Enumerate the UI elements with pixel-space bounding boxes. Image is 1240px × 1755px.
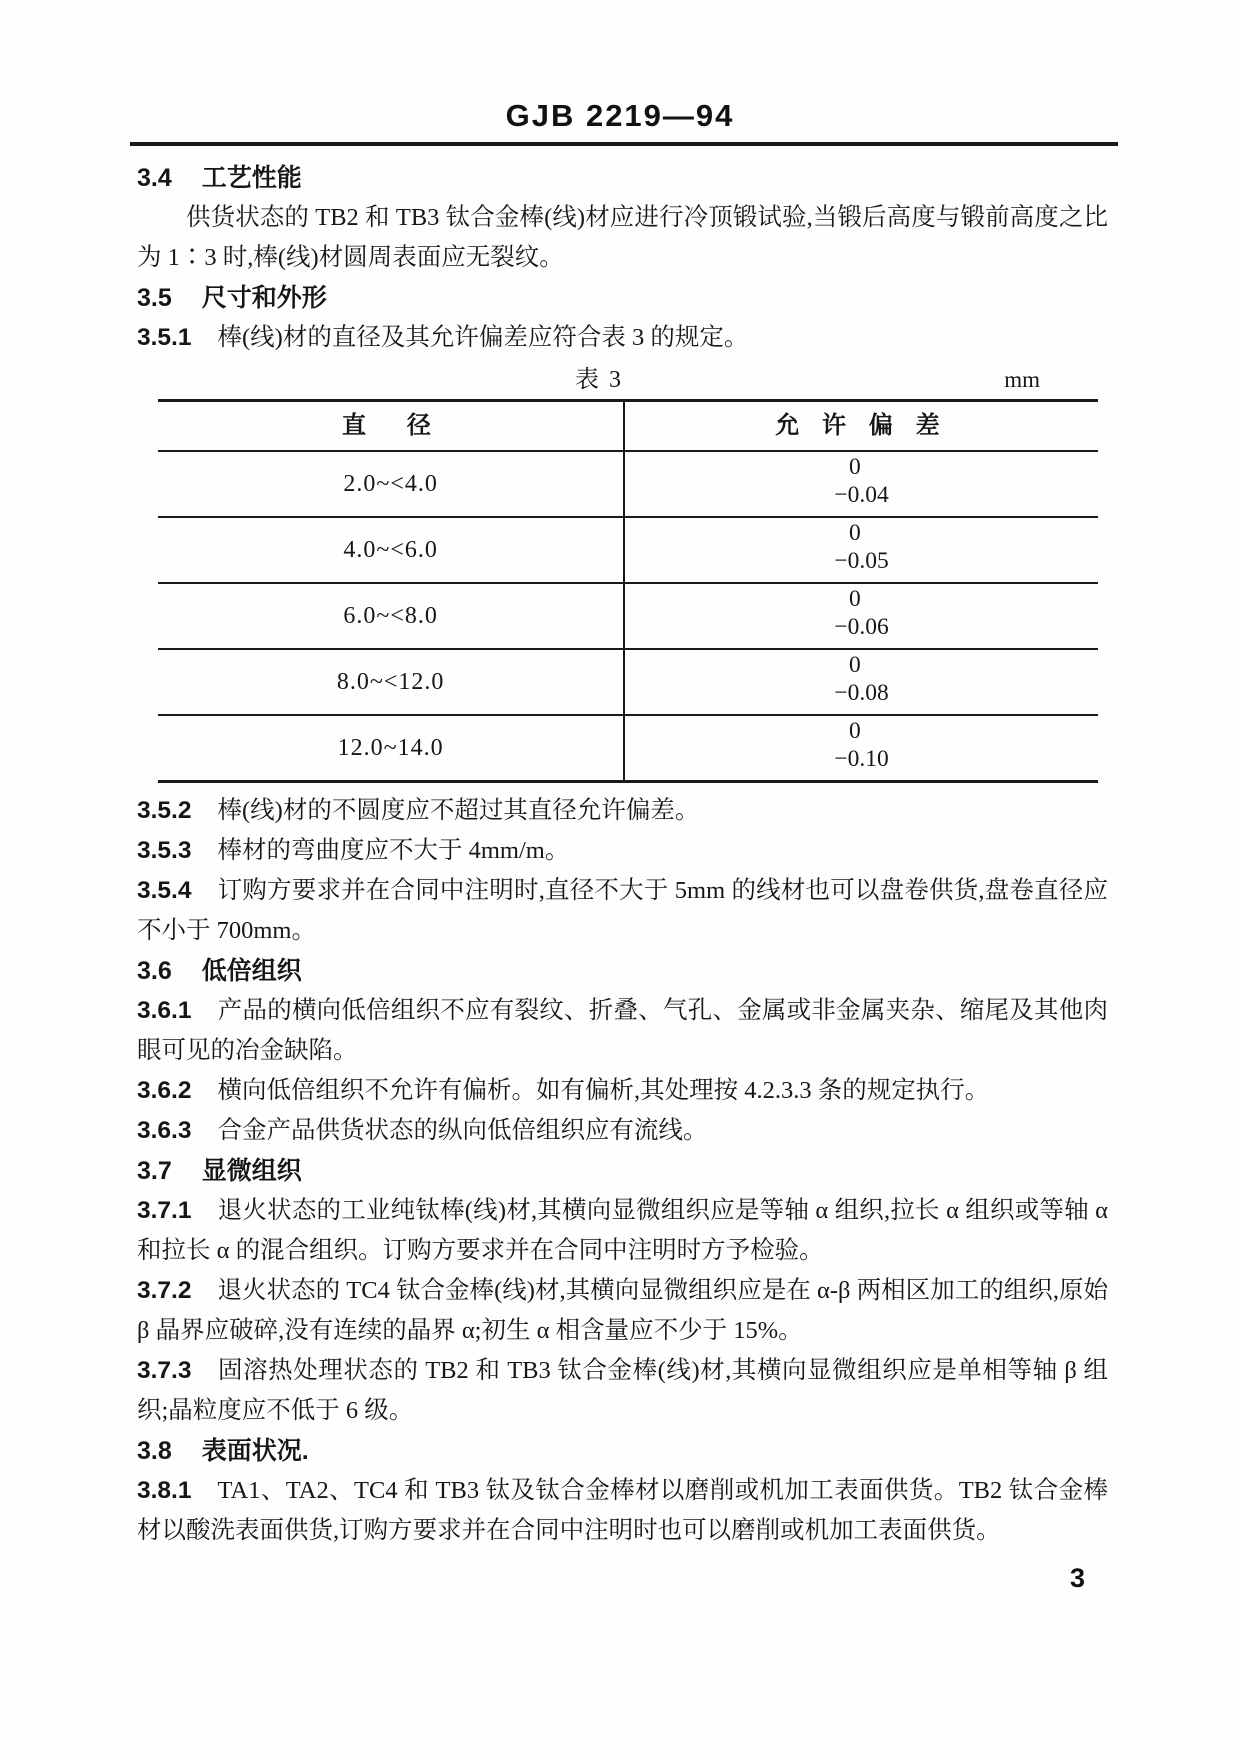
page-footer: 3 [0,1551,1240,1594]
diameter-column-header: 直 径 [158,401,624,451]
caption-unit-zone: mm [623,361,1098,399]
section-number: 3.8 [137,1437,172,1465]
document-body: 3.4工艺性能 供货状态的 TB2 和 TB3 钛合金棒(线)材应进行冷顶锻试验… [0,146,1240,1551]
paragraph-3-4-body: 供货状态的 TB2 和 TB3 钛合金棒(线)材应进行冷顶锻试验,当锻后高度与锻… [137,198,1108,278]
diameter-range: 12.0~14.0 [338,735,444,761]
table-row: 2.0~<4.0 0−0.04 [158,451,1098,517]
clause-3-7-3: 3.7.3固溶热处理状态的 TB2 和 TB3 钛合金棒(线)材,其横向显微组织… [137,1351,1108,1431]
deviation-value: 0−0.10 [834,717,888,773]
clause-number: 3.5.1 [137,324,192,351]
clause-number: 3.7.1 [137,1197,192,1224]
table-header-row: 直 径 允 许 偏 差 [158,401,1098,451]
clause-3-6-2: 3.6.2横向低倍组织不允许有偏析。如有偏析,其处理按 4.2.3.3 条的规定… [137,1071,1108,1111]
section-number: 3.7 [137,1157,172,1185]
clause-text: 产品的横向低倍组织不应有裂纹、折叠、气孔、金属或非金属夹杂、缩尾及其他肉眼可见的… [137,997,1108,1064]
clause-3-7-1: 3.7.1退火状态的工业纯钛棒(线)材,其横向显微组织应是等轴 α 组织,拉长 … [137,1191,1108,1271]
clause-text: TA1、TA2、TC4 和 TB3 钛及钛合金棒材以磨削或机加工表面供货。TB2… [137,1477,1108,1544]
clause-number: 3.6.1 [137,997,192,1024]
clause-text: 固溶热处理状态的 TB2 和 TB3 钛合金棒(线)材,其横向显微组织应是单相等… [137,1357,1108,1424]
deviation-column-header: 允 许 偏 差 [624,401,1098,451]
table-row: 6.0~<8.0 0−0.06 [158,583,1098,649]
section-heading-3-8: 3.8表面状况. [137,1431,1108,1471]
section-heading-3-4: 3.4工艺性能 [137,158,1108,198]
table-3-caption-row: 表 3 mm [158,361,1098,399]
clause-number: 3.7.3 [137,1357,192,1384]
clause-text: 退火状态的 TC4 钛合金棒(线)材,其横向显微组织应是在 α-β 两相区加工的… [137,1277,1108,1344]
deviation-value: 0−0.08 [834,651,888,707]
clause-text: 棒(线)材的直径及其允许偏差应符合表 3 的规定。 [218,324,749,351]
section-heading-3-6: 3.6低倍组织 [137,951,1108,991]
section-heading-3-5: 3.5尺寸和外形 [137,278,1108,318]
deviation-value: 0−0.04 [834,453,888,509]
section-number: 3.5 [137,284,172,312]
diameter-range: 2.0~<4.0 [343,471,438,497]
clause-3-5-3: 3.5.3棒材的弯曲度应不大于 4mm/m。 [137,831,1108,871]
clause-text: 棒材的弯曲度应不大于 4mm/m。 [218,837,570,864]
clause-number: 3.7.2 [137,1277,192,1304]
clause-number: 3.6.3 [137,1117,192,1144]
clause-number: 3.6.2 [137,1077,192,1104]
clause-3-5-4: 3.5.4订购方要求并在合同中注明时,直径不大于 5mm 的线材也可以盘卷供货,… [137,871,1108,951]
clause-number: 3.5.2 [137,797,192,824]
clause-number: 3.8.1 [137,1477,192,1504]
standard-number: GJB 2219—94 [0,98,1240,134]
diameter-range: 4.0~<6.0 [343,537,438,563]
table-unit-label: mm [1004,367,1040,392]
table-row: 8.0~<12.0 0−0.08 [158,649,1098,715]
table-row: 12.0~14.0 0−0.10 [158,715,1098,782]
deviation-value: 0−0.06 [834,585,888,641]
clause-3-5-1: 3.5.1棒(线)材的直径及其允许偏差应符合表 3 的规定。 [137,318,1108,358]
diameter-range: 6.0~<8.0 [343,603,438,629]
clause-3-8-1: 3.8.1TA1、TA2、TC4 和 TB3 钛及钛合金棒材以磨削或机加工表面供… [137,1471,1108,1551]
section-number: 3.4 [137,164,172,192]
section-title: 工艺性能 [202,164,302,192]
clause-text: 退火状态的工业纯钛棒(线)材,其横向显微组织应是等轴 α 组织,拉长 α 组织或… [137,1197,1108,1264]
table-row: 4.0~<6.0 0−0.05 [158,517,1098,583]
clause-number: 3.5.4 [137,877,192,904]
section-title: 显微组织 [202,1157,302,1185]
clause-text: 订购方要求并在合同中注明时,直径不大于 5mm 的线材也可以盘卷供货,盘卷直径应… [137,877,1108,944]
tolerance-table: 直 径 允 许 偏 差 2.0~<4.0 0−0.04 4.0~<6.0 0−0… [158,399,1098,783]
deviation-value: 0−0.05 [834,519,888,575]
clause-3-7-2: 3.7.2退火状态的 TC4 钛合金棒(线)材,其横向显微组织应是在 α-β 两… [137,1271,1108,1351]
section-title: 尺寸和外形 [202,284,327,312]
section-heading-3-7: 3.7显微组织 [137,1151,1108,1191]
table-3: 表 3 mm 直 径 允 许 偏 差 2.0~<4.0 0−0.04 4 [158,361,1098,783]
clause-text: 横向低倍组织不允许有偏析。如有偏析,其处理按 4.2.3.3 条的规定执行。 [218,1077,990,1104]
clause-3-6-3: 3.6.3合金产品供货状态的纵向低倍组织应有流线。 [137,1111,1108,1151]
clause-text: 合金产品供货状态的纵向低倍组织应有流线。 [218,1117,708,1144]
document-header: GJB 2219—94 [0,0,1240,146]
diameter-range: 8.0~<12.0 [337,669,445,695]
clause-3-6-1: 3.6.1产品的横向低倍组织不应有裂纹、折叠、气孔、金属或非金属夹杂、缩尾及其他… [137,991,1108,1071]
section-title: 低倍组织 [202,957,302,985]
table-caption: 表 3 [575,361,623,399]
section-number: 3.6 [137,957,172,985]
clause-text: 棒(线)材的不圆度应不超过其直径允许偏差。 [218,797,700,824]
document-page: GJB 2219—94 3.4工艺性能 供货状态的 TB2 和 TB3 钛合金棒… [0,0,1240,1755]
clause-number: 3.5.3 [137,837,192,864]
section-title: 表面状况. [202,1437,309,1465]
page-number: 3 [1070,1563,1085,1593]
clause-3-5-2: 3.5.2棒(线)材的不圆度应不超过其直径允许偏差。 [137,791,1108,831]
